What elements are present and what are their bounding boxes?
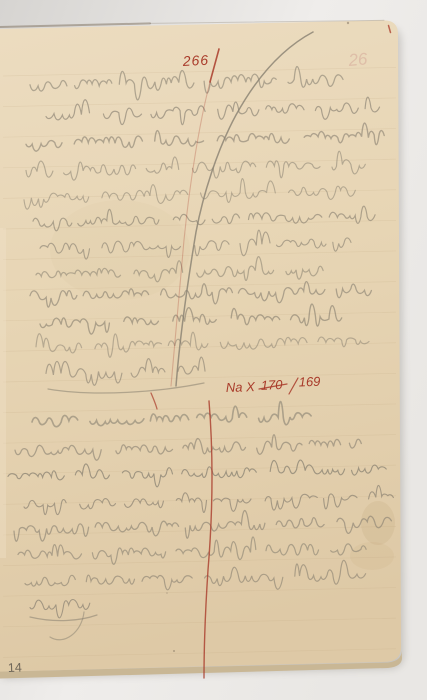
paper-speck (347, 22, 349, 24)
left-page-edge-highlight (0, 228, 6, 558)
corner-number-faint: 26 (347, 49, 369, 70)
folio-number-red: 266 (181, 52, 209, 69)
manuscript-scan: 266 26 Na X 170 169 14 (0, 0, 427, 700)
archive-ref-new-number: 169 (298, 374, 320, 390)
paper-smudge (361, 501, 395, 545)
paper-smudge (50, 200, 190, 300)
page-number: 14 (8, 661, 22, 675)
paper-speck (173, 650, 175, 652)
archive-ref-struck-number: 170 (261, 377, 284, 393)
notebook-page-canvas: 266 26 Na X 170 169 14 (0, 0, 427, 700)
archive-ref-prefix: Na X (226, 379, 257, 395)
paper-speck (166, 592, 168, 594)
paper-smudge (350, 542, 394, 570)
